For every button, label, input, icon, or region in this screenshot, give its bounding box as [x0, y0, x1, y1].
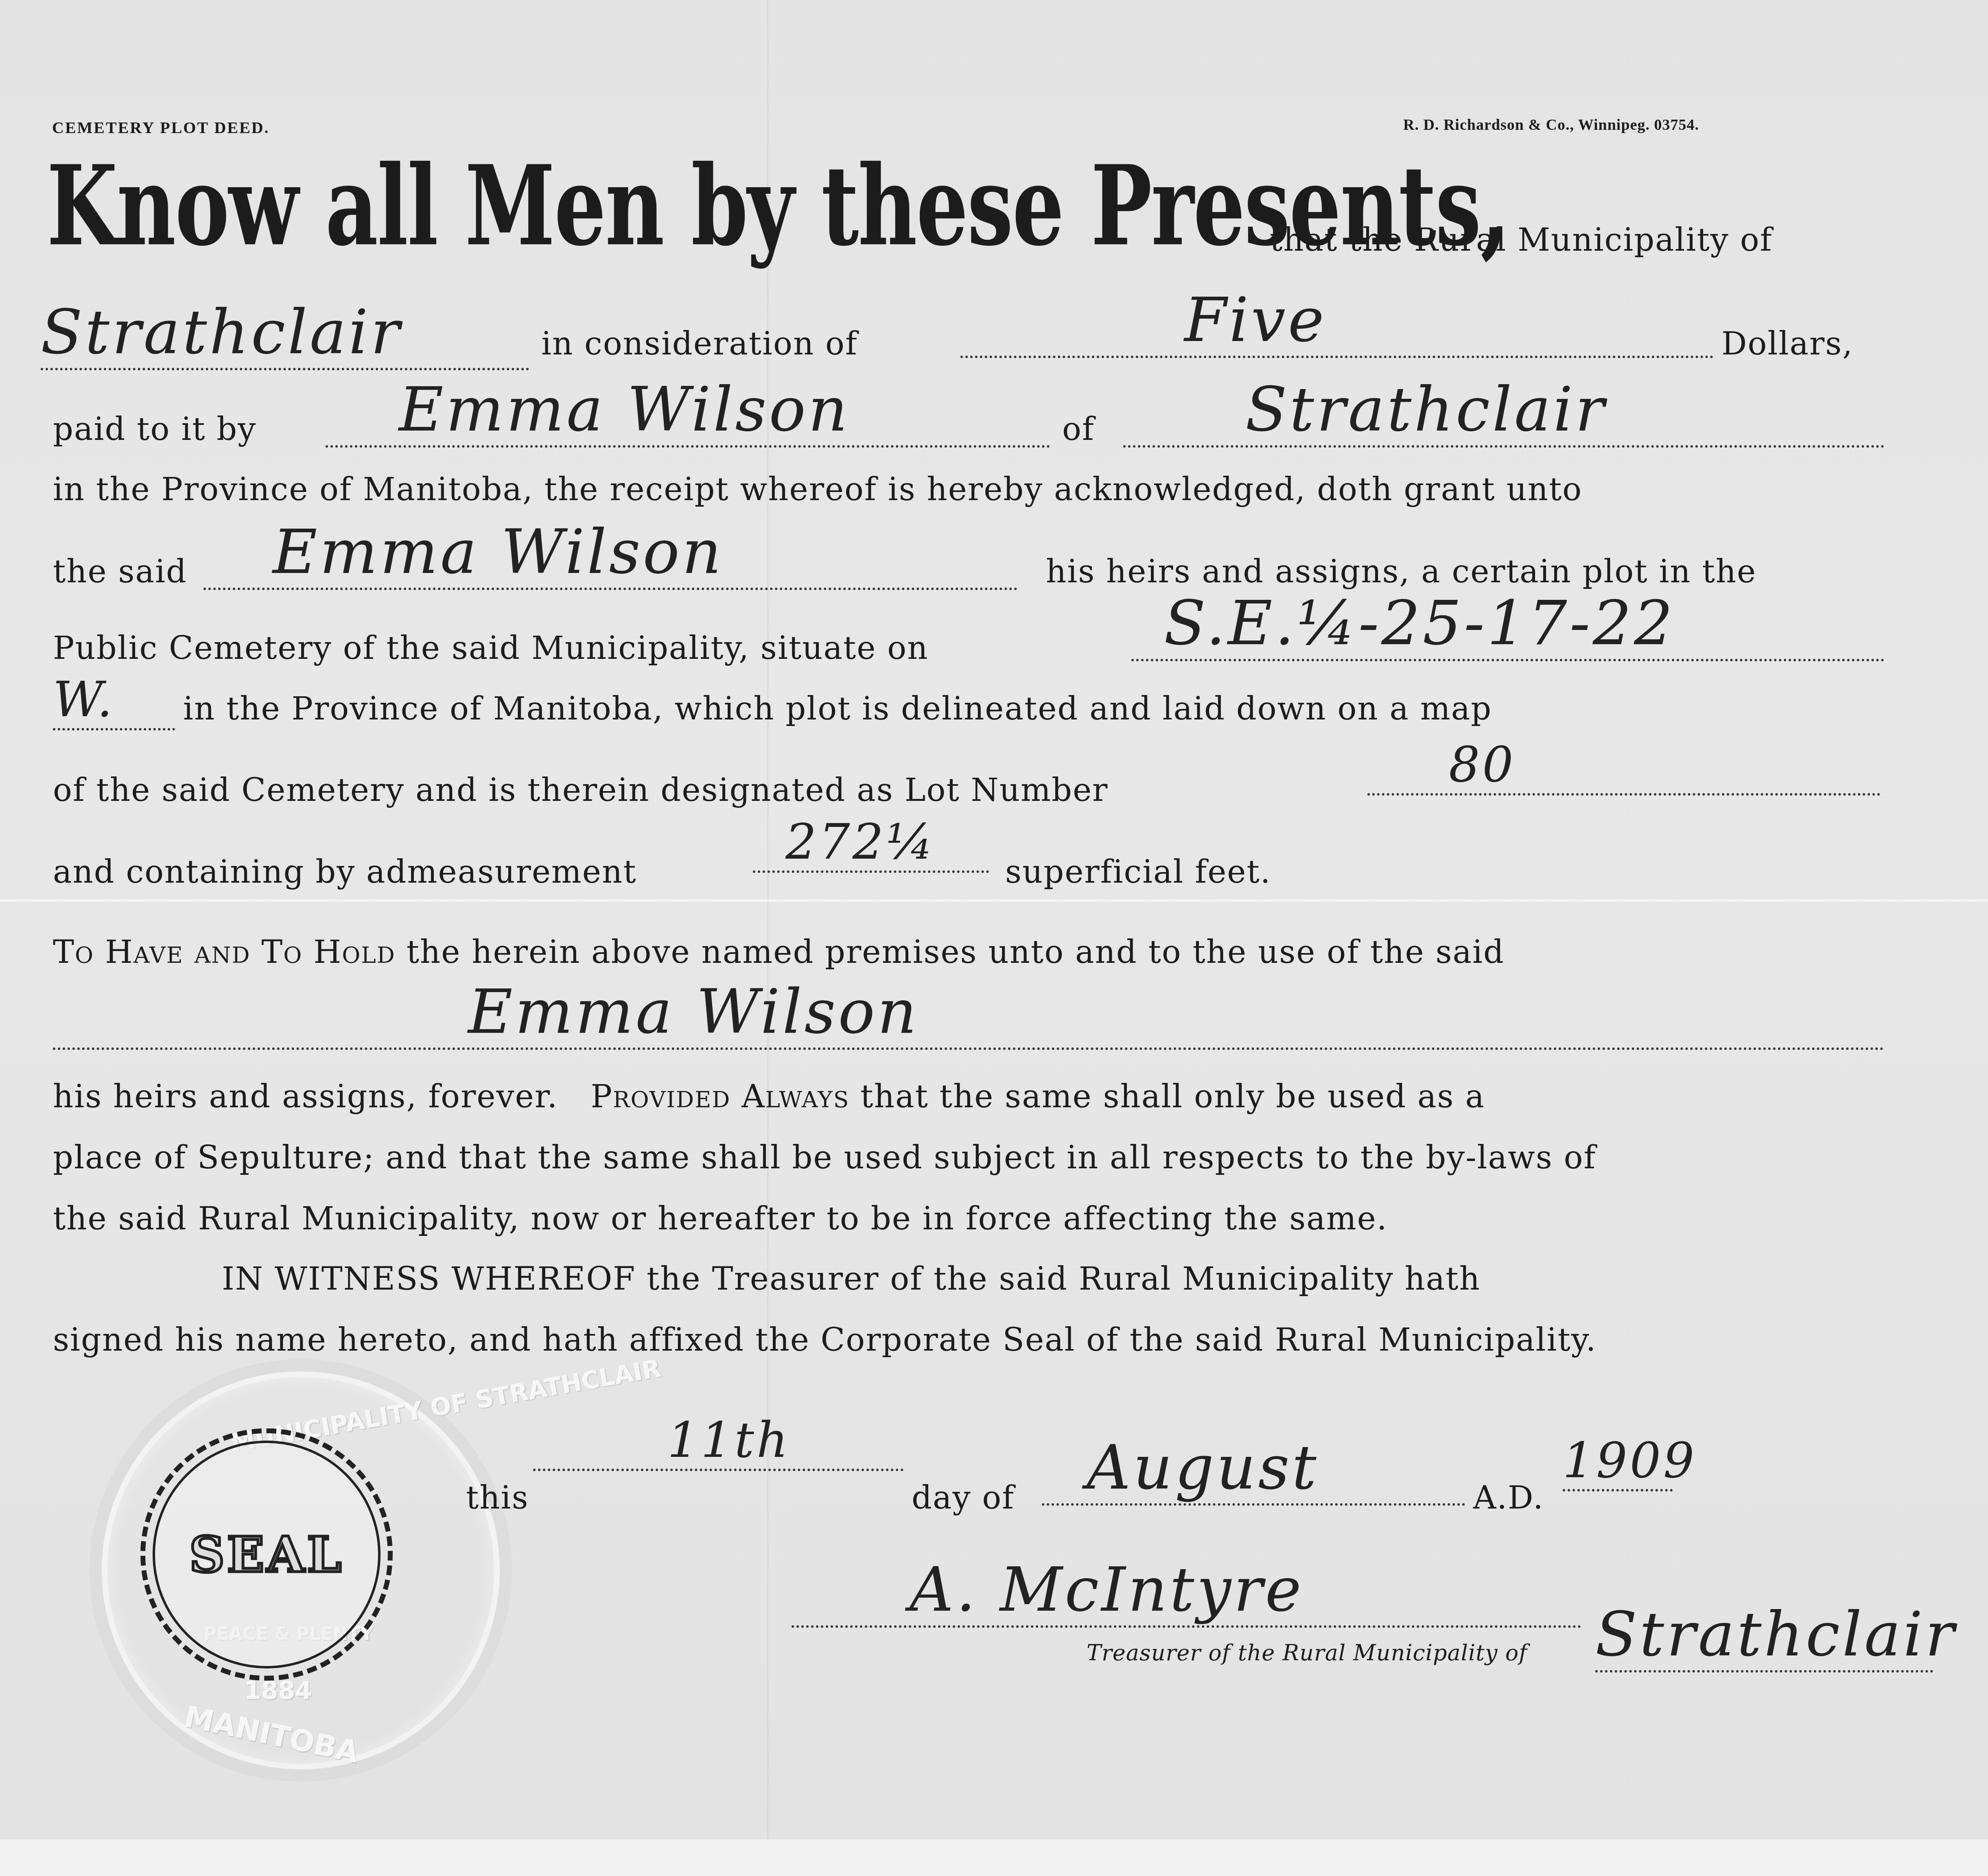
month-field: August: [1042, 1432, 1465, 1506]
filled-lot-number: 80: [1367, 737, 1880, 796]
witness-line: IN WITNESS WHEREOF the Treasurer of the …: [222, 1261, 1481, 1297]
proviso-rest: that the same shall only be used as a: [860, 1078, 1485, 1115]
treasurer-signature: A. McIntyre: [792, 1555, 1581, 1628]
holder-field: Emma Wilson: [53, 977, 1884, 1050]
payer-field: Emma Wilson: [326, 374, 1050, 448]
day-field: 11th: [533, 1412, 903, 1471]
payer-of-field: Strathclair: [1123, 374, 1884, 448]
amount-field: Five: [960, 285, 1713, 358]
habendum-rest: the herein above named premises unto and…: [407, 934, 1505, 971]
consideration-label: in consideration of: [541, 326, 858, 362]
delineated-text: in the Province of Manitoba, which plot …: [183, 691, 1492, 727]
public-cemetery-text: Public Cemetery of the said Municipality…: [53, 630, 928, 667]
seal-affixed-line: signed his name hereto, and hath affixed…: [53, 1322, 1597, 1358]
day-of-label: day of: [912, 1480, 1015, 1516]
signature-field: A. McIntyre: [792, 1555, 1581, 1628]
grantee-field: Emma Wilson: [203, 517, 1017, 590]
area-field: 272¼: [753, 814, 989, 873]
treasurer-caption: Treasurer of the Rural Municipality of: [1087, 1640, 1527, 1666]
sepulture-line: place of Sepulture; and that the same sh…: [53, 1139, 1596, 1176]
filled-day: 11th: [533, 1412, 903, 1471]
paid-by-label: paid to it by: [53, 411, 256, 448]
ad-label: A.D.: [1473, 1480, 1544, 1516]
filled-area: 272¼: [753, 814, 989, 873]
habendum-line: To Have and To Hold the herein above nam…: [53, 934, 1505, 971]
filled-payer: Emma Wilson: [326, 374, 1050, 448]
line-municipality: Strathclair: [41, 297, 529, 370]
to-have-and-to-hold: To Have and To Hold: [53, 934, 396, 971]
filled-year: 1909: [1563, 1432, 1673, 1491]
printer-imprint: R. D. Richardson & Co., Winnipeg. 03754.: [1403, 116, 1699, 134]
paper-fold-horizontal: [0, 899, 1988, 902]
this-label: this: [466, 1480, 529, 1516]
provided-always: Provided Always: [591, 1078, 850, 1115]
filled-payer-of: Strathclair: [1123, 374, 1884, 448]
filled-location-w: W.: [53, 671, 175, 730]
lot-number-label: of the said Cemetery and is therein desi…: [53, 772, 1108, 809]
seal-emboss-year: 1884: [244, 1677, 312, 1705]
filled-month: August: [1042, 1432, 1465, 1506]
the-said-label: the said: [53, 553, 187, 590]
seal-inner-circle: SEAL: [153, 1441, 381, 1668]
heirs-forever-text: his heirs and assigns, forever.: [53, 1078, 558, 1115]
filled-treasurer-municipality: Strathclair: [1595, 1599, 1933, 1673]
filled-municipality: Strathclair: [41, 297, 529, 370]
heading-continuation: that the Rural Municipality of: [1270, 222, 1773, 258]
lot-number-field: 80: [1367, 737, 1880, 796]
filled-location: S.E.¼-25-17-22: [1131, 588, 1884, 661]
province-receipt-line: in the Province of Manitoba, the receipt…: [53, 471, 1582, 508]
superficial-feet-label: superficial feet.: [1005, 854, 1271, 890]
location-field: S.E.¼-25-17-22: [1131, 588, 1884, 661]
proviso-line: his heirs and assigns, forever. Provided…: [53, 1078, 1485, 1115]
form-title: CEMETERY PLOT DEED.: [52, 118, 270, 137]
filled-holder: Emma Wilson: [53, 977, 1884, 1050]
scan-margin: [0, 1839, 1988, 1876]
paper-fold-vertical: [767, 0, 769, 1839]
dollars-label: Dollars,: [1721, 326, 1853, 362]
of-label: of: [1062, 411, 1095, 448]
seal-label: SEAL: [189, 1526, 344, 1583]
filled-grantee: Emma Wilson: [203, 517, 1017, 590]
bylaws-line: the said Rural Municipality, now or here…: [53, 1200, 1388, 1237]
year-field: 1909: [1563, 1432, 1673, 1491]
location-w-field: W.: [53, 671, 175, 730]
seal-stamp: SEAL: [140, 1428, 393, 1681]
heirs-plot-text: his heirs and assigns, a certain plot in…: [1046, 553, 1756, 590]
admeasurement-label: and containing by admeasurement: [53, 854, 637, 890]
filled-amount: Five: [960, 285, 1713, 358]
treasurer-municipality-field: Strathclair: [1595, 1599, 1933, 1673]
